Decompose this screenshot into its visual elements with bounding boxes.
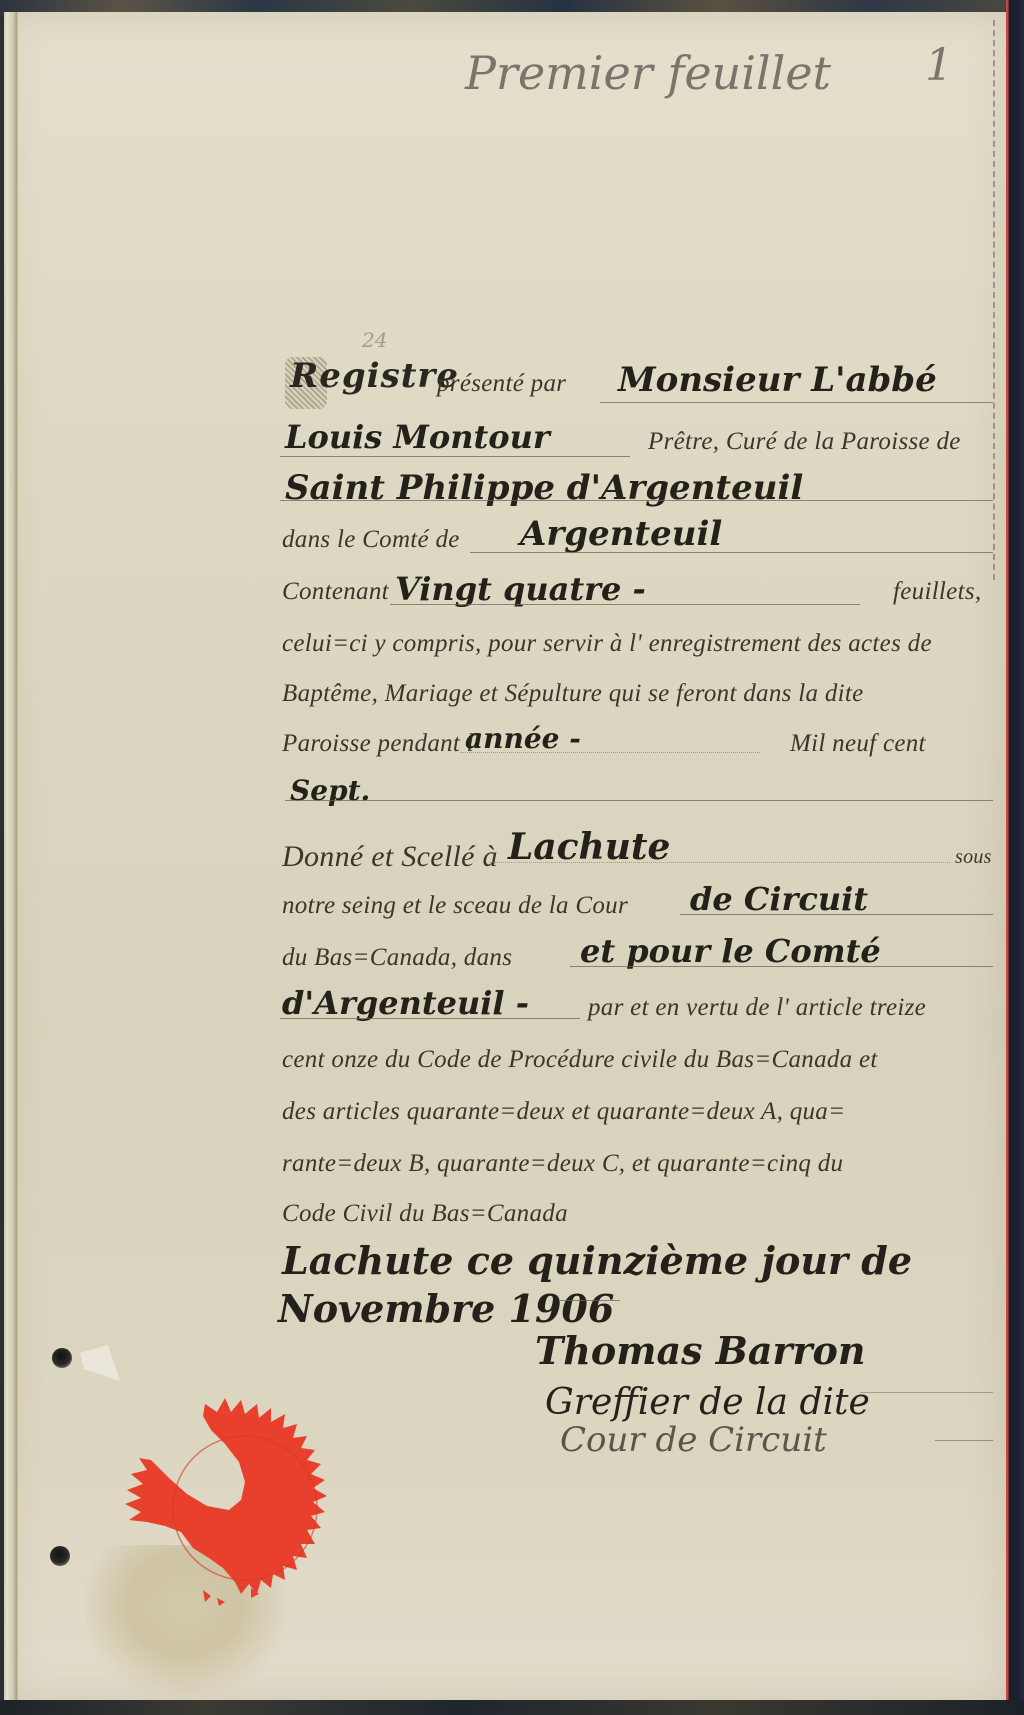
- fill-line: [280, 500, 993, 501]
- fill-line: [680, 914, 993, 915]
- red-seal-icon: [125, 1398, 375, 1648]
- printed-text: cent onze du Code de Procédure civile du…: [282, 1046, 878, 1074]
- handwritten-field: Sept.: [290, 774, 370, 807]
- fill-line: [560, 1300, 620, 1301]
- handwritten-field: Monsieur L'abbé: [618, 360, 937, 400]
- punch-hole: [52, 1348, 72, 1368]
- printed-text: présenté par: [437, 370, 566, 398]
- fill-line: [570, 966, 993, 967]
- punch-hole: [50, 1546, 70, 1566]
- printed-text: par et en vertu de l' article treize: [588, 994, 926, 1022]
- clerk-title-line-1: Greffier de la dite: [545, 1382, 870, 1423]
- printed-text: des articles quarante=deux et quarante=d…: [282, 1098, 845, 1126]
- handwritten-field: Vingt quatre -: [395, 570, 646, 608]
- printed-text: feuillets,: [893, 578, 981, 606]
- book-spine-edge: [1006, 0, 1024, 1715]
- sheet-label: Premier feuillet: [465, 46, 831, 100]
- page-number: 1: [925, 40, 953, 91]
- fill-line: [280, 456, 630, 457]
- printed-text: Paroisse pendant l': [282, 730, 480, 758]
- fill-line: [285, 800, 993, 801]
- clerk-title-line-2: Cour de Circuit: [560, 1420, 827, 1460]
- fill-line: [390, 604, 860, 605]
- printed-text: Baptême, Mariage et Sépulture qui se fer…: [282, 680, 864, 708]
- fill-line: [460, 752, 760, 753]
- handwritten-field: de Circuit: [690, 880, 868, 918]
- signature: Thomas Barron: [535, 1328, 865, 1373]
- fill-line: [600, 402, 993, 403]
- fill-line: [490, 862, 950, 863]
- printed-text: Code Civil du Bas=Canada: [282, 1200, 568, 1228]
- handwritten-field: Louis Montour: [285, 418, 550, 456]
- fill-line: [860, 1392, 993, 1393]
- printed-text: celui=ci y compris, pour servir à l' enr…: [282, 630, 932, 658]
- printed-text: dans le Comté de: [282, 526, 460, 554]
- right-margin-rule: [993, 20, 995, 580]
- handwritten-field: d'Argenteuil -: [282, 984, 529, 1022]
- handwritten-field: année -: [465, 722, 581, 755]
- book-cover-marbled-edge-bottom: [0, 1700, 1024, 1715]
- printed-text: Donné et Scellé à: [282, 840, 498, 874]
- printed-text: rante=deux B, quarante=deux C, et quaran…: [282, 1150, 843, 1178]
- fill-line: [280, 1018, 580, 1019]
- register-title-word: Registre: [290, 356, 459, 396]
- page-binding-fold: [6, 12, 18, 1702]
- handwritten-date-line-1: Lachute ce quinzième jour de: [282, 1238, 912, 1283]
- fill-line: [470, 552, 993, 553]
- handwritten-field: Saint Philippe d'Argenteuil: [285, 468, 803, 508]
- handwritten-field: et pour le Comté: [580, 932, 881, 970]
- printed-text: notre seing et le sceau de la Cour: [282, 892, 628, 920]
- printed-text: sous: [955, 846, 992, 869]
- handwritten-field: Argenteuil: [520, 514, 722, 554]
- printed-text: Mil neuf cent: [790, 730, 926, 758]
- handwritten-date-line-2: Novembre 1906: [278, 1286, 614, 1331]
- pencil-mark: 24: [362, 328, 387, 352]
- printed-text: Contenant: [282, 578, 389, 606]
- fill-line: [935, 1440, 993, 1441]
- printed-text: Prêtre, Curé de la Paroisse de: [648, 428, 961, 456]
- printed-text: du Bas=Canada, dans: [282, 944, 512, 972]
